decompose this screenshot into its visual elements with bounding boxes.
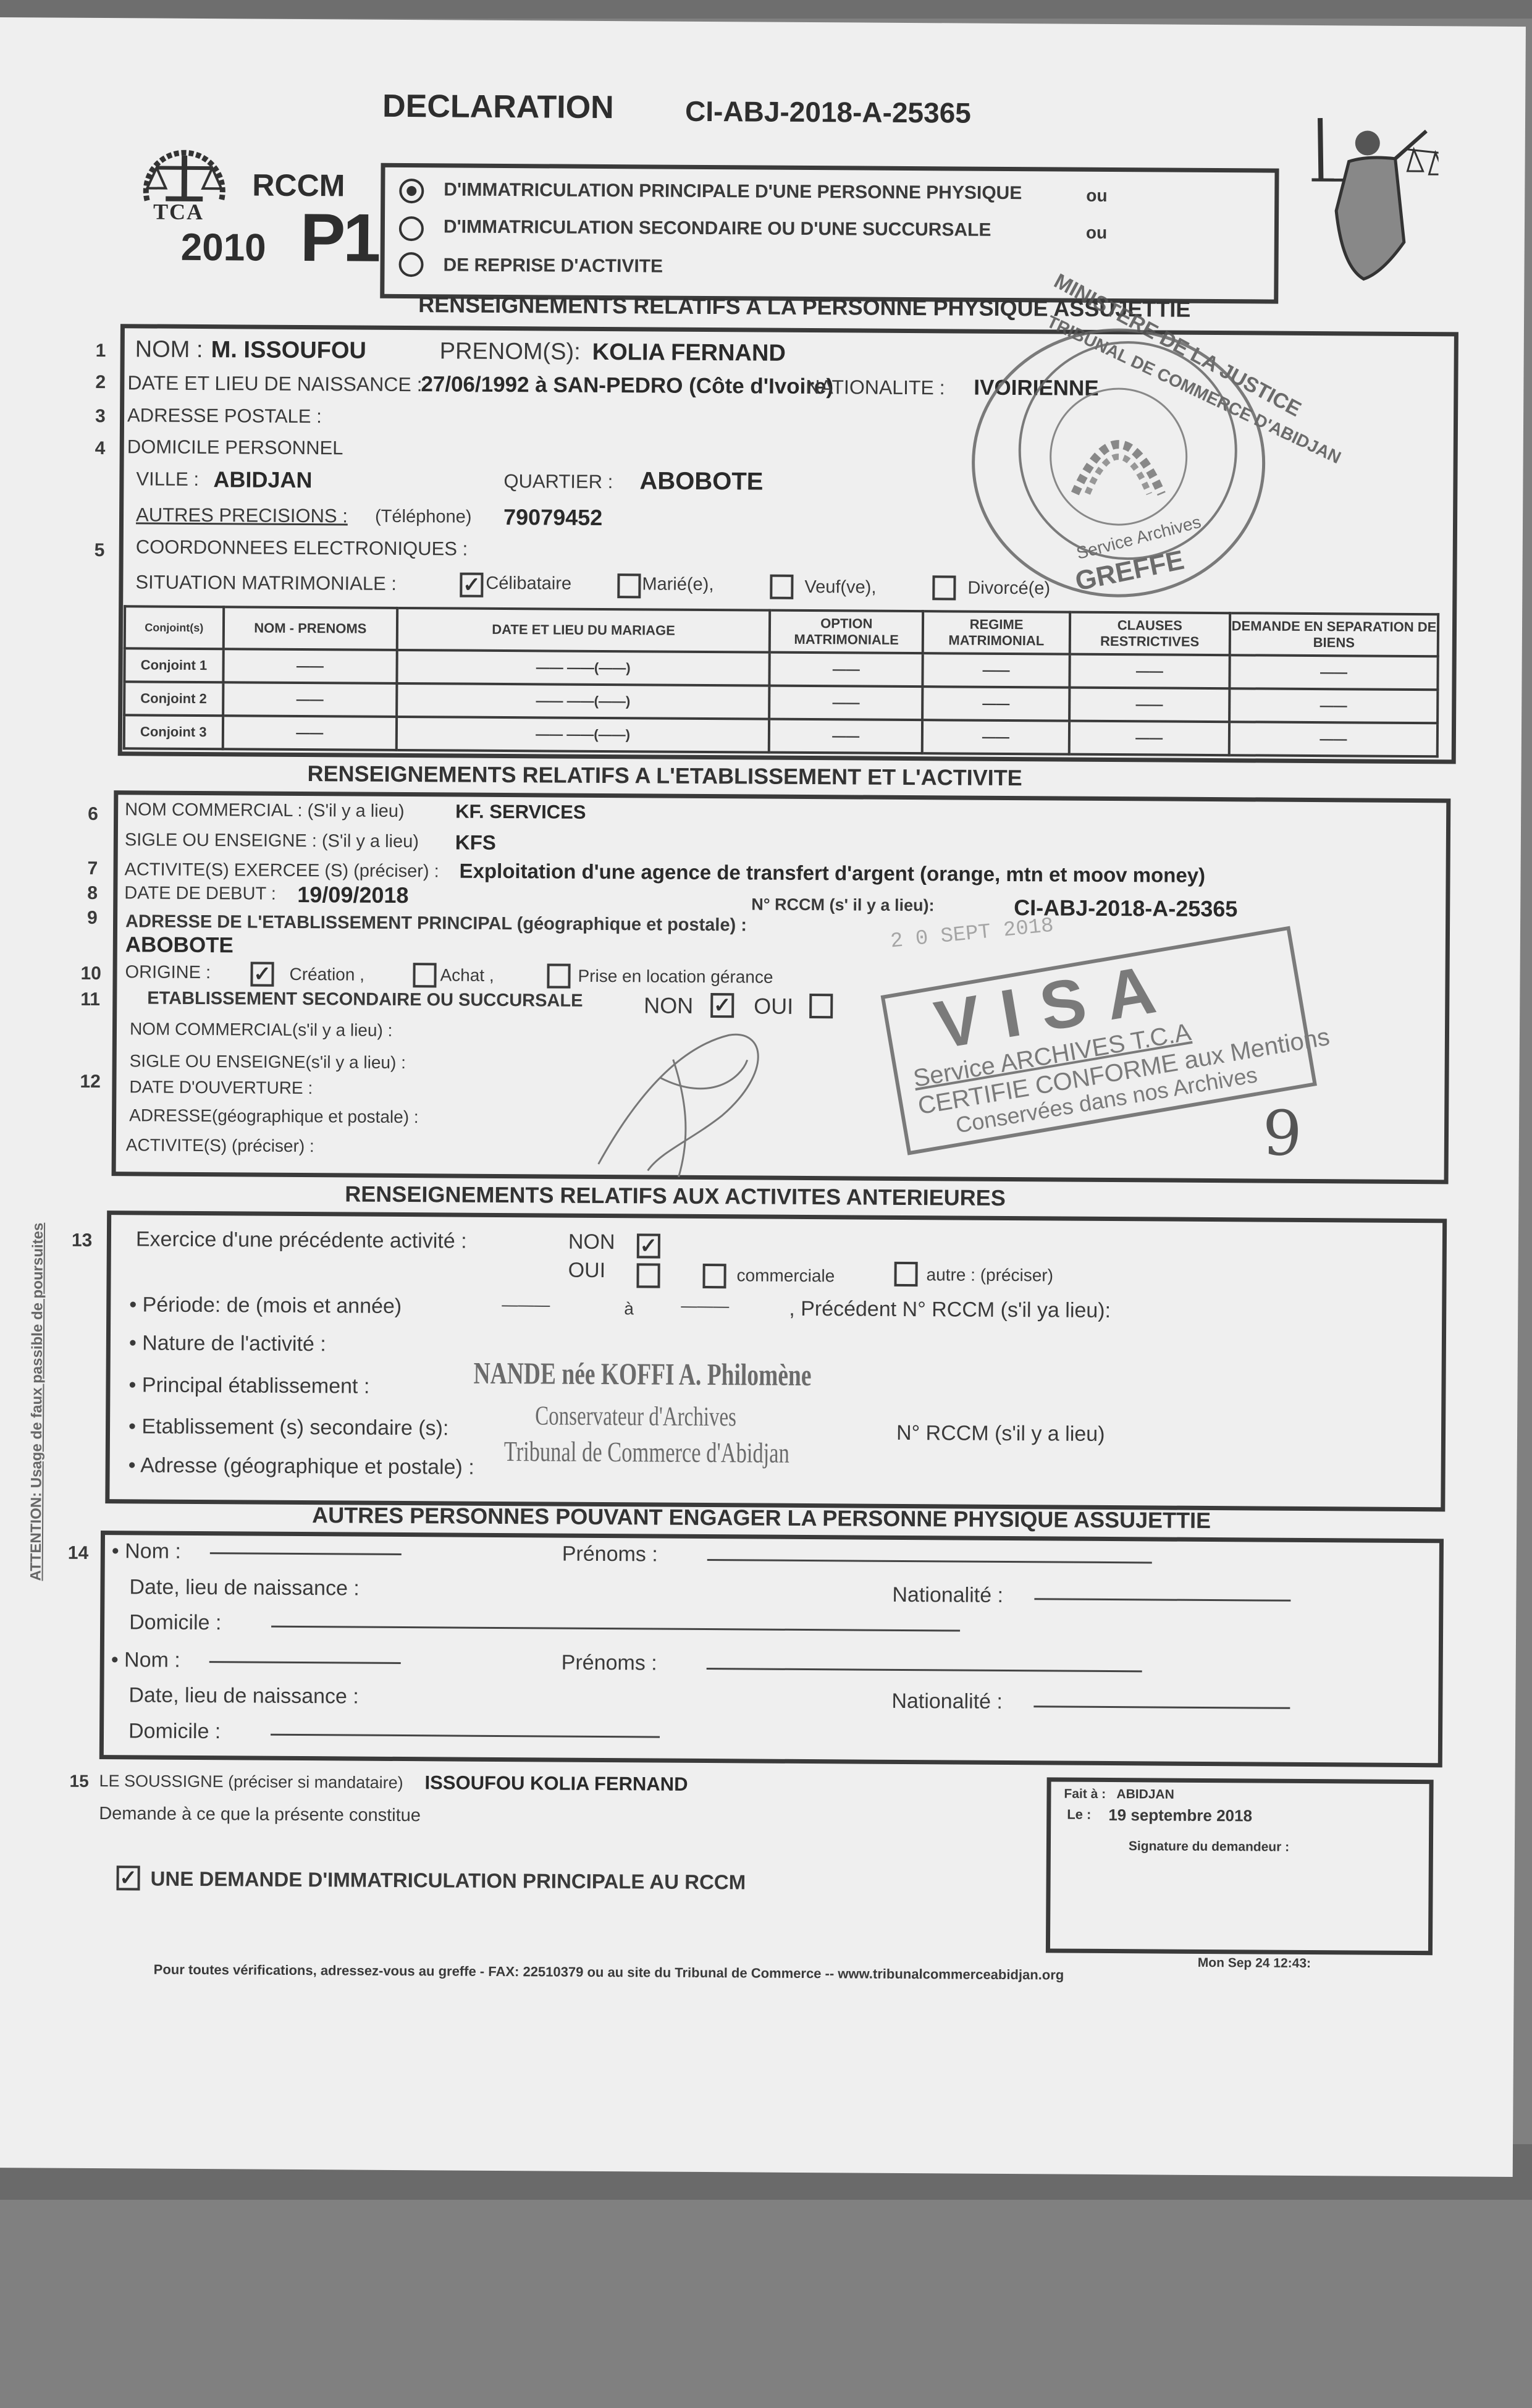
other-person: • Nom : Prénoms : Date, lieu de naissanc… [0,17,1526,27]
precedent-rccm-2-label: N° RCCM (s'il y a lieu) [896,1421,1105,1447]
margin-note: ATTENTION: Usage de faux passible de pou… [28,1223,48,1581]
lady-justice-icon [1302,112,1439,298]
radio-secondaire[interactable] [399,216,424,241]
precedent-rccm-label: , Précédent N° RCCM (s'il ya lieu): [789,1297,1111,1323]
row-label: Conjoint 2 [124,682,223,716]
row-number: 9 [87,908,98,929]
checkbox-autre[interactable] [894,1262,917,1286]
origine-option[interactable]: Prise en location gérance [0,17,1526,27]
domicile-label: Domicile : [128,1719,221,1744]
nom-label: NOM : [135,336,203,363]
naissance-value[interactable]: 27/06/1992 à SAN-PEDRO (Côte d'Ivoire) [421,372,833,399]
demande-text: UNE DEMANDE D'IMMATRICULATION PRINCIPALE… [150,1867,746,1895]
adresse-previous-label: • Adresse (géographique et postale) : [128,1453,474,1479]
lady-justice-illustration [1302,112,1439,301]
archivist-org: Tribunal de Commerce d'Abidjan [504,1435,819,1469]
conjoints-table: Conjoint(s) NOM - PRENOMS DATE ET LIEU D… [123,605,1439,758]
option-suffix: ou [1086,186,1107,206]
naissance-label: Date, lieu de naissance : [128,1683,359,1709]
signature-field[interactable] [1063,1862,1410,1932]
sigle-label: SIGLE OU ENSEIGNE : (S'il y a lieu) [125,830,419,852]
table-cell[interactable]: —— [222,716,397,750]
soussigne-number: 15 [69,1772,88,1791]
row-number: 3 [95,406,106,427]
quartier-value[interactable]: ABOBOTE [639,467,763,496]
adresse-etablissement-label: ADRESSE DE L'ETABLISSEMENT PRINCIPAL (gé… [125,911,747,936]
form-code: P1 [300,198,378,277]
checkbox-precedente-oui[interactable] [636,1263,660,1288]
row-number: 14 [68,1543,89,1564]
document-reference: CI-ABJ-2018-A-25365 [685,95,971,130]
row-number: 11 [80,989,100,1010]
checkbox-demande[interactable]: ✓ [116,1865,140,1890]
scan-top-edge [0,0,1532,19]
radio-reprise[interactable] [398,252,423,277]
document-page: ATTENTION: Usage de faux passible de pou… [0,17,1526,2177]
table-cell[interactable]: —— [1229,722,1437,756]
row-number: 4 [95,438,106,459]
radio-principale[interactable] [399,179,424,203]
periode-label: • Période: de (mois et année) [129,1293,402,1319]
option-label: D'IMMATRICULATION SECONDAIRE OU D'UNE SU… [444,216,991,240]
checkbox-precedente-non[interactable]: ✓ [637,1233,660,1258]
checkbox-achat[interactable] [413,963,436,987]
domicile-label: Domicile : [129,1610,221,1635]
le-label: Le : [1067,1807,1091,1823]
column-header: NOM - PRENOMS [223,607,397,650]
archivist-name: NANDE née KOFFI A. Philomène [473,1355,811,1393]
naissance-label: Date, lieu de naissance : [129,1575,360,1600]
checkbox-veuf[interactable] [770,575,793,599]
sec-nom-commercial-label: NOM COMMERCIAL(s'il y a lieu) : [130,1019,393,1041]
secondaire-label: • Etablissement (s) secondaire (s): [128,1414,449,1440]
nom-label: • Nom : [111,1648,180,1673]
nom-label: • Nom : [112,1539,181,1564]
section-heading-previous: RENSEIGNEMENTS RELATIFS AUX ACTIVITES AN… [345,1181,1006,1211]
nationalite-label: Nationalité : [891,1689,1003,1714]
row-number: 6 [88,804,98,825]
column-header: DEMANDE EN SEPARATION DE BIENS [1230,613,1438,656]
prenoms-value[interactable]: KOLIA FERNAND [592,339,786,367]
footer-text: Pour toutes vérifications, adressez-vous… [154,1962,1064,1983]
demande-label: Demande à ce que la présente constitue [99,1804,421,1826]
row-label: Conjoint 3 [124,715,223,749]
table-cell[interactable]: —— [770,653,924,687]
origine-option[interactable]: ✓ Création , [0,17,1526,27]
non-label: NON [568,1230,615,1254]
nationalite-label: Nationalité : [892,1583,1003,1608]
sec-sigle-label: SIGLE OU ENSEIGNE(s'il y a lieu) : [130,1051,406,1073]
activite-value[interactable]: Exploitation d'une agence de transfert d… [459,860,1205,887]
option-label: Célibataire [486,573,571,594]
periode-to[interactable]: ——— [681,1296,729,1316]
checkbox-marie[interactable] [617,573,641,598]
periode-from[interactable]: ——— [502,1295,550,1314]
option-label: Prise en location gérance [578,966,773,987]
other-person: • Nom : Prénoms : Date, lieu de naissanc… [0,17,1526,27]
autre-label: autre : (préciser) [926,1265,1053,1285]
checkbox-secondaire-oui[interactable] [809,994,833,1018]
checkbox-creation[interactable]: ✓ [250,962,274,987]
table-cell[interactable]: —— [223,649,397,683]
row-number: 13 [72,1230,93,1251]
option-suffix: ou [1086,223,1107,243]
table-row: Conjoint 3 —— —— ——(——) —— —— —— —— [124,715,1437,756]
row-label: Conjoint 1 [124,648,223,682]
autres-precisions-label: AUTRES PRECISIONS : [136,504,348,527]
situation-option[interactable]: Divorcé(e) [0,17,1526,27]
exercice-label: Exercice d'une précédente activité : [136,1227,467,1253]
quartier-label: QUARTIER : [503,470,613,493]
table-cell[interactable]: —— ——(——) [397,717,769,753]
others-section-box [99,1531,1444,1767]
rccm-label: N° RCCM (s' il y a lieu): [751,895,934,915]
column-header: Conjoint(s) [125,606,224,649]
print-timestamp: Mon Sep 24 12:43: [1198,1956,1311,1971]
periode-separator: à [624,1299,634,1319]
option-label: Marié(e), [642,574,713,595]
soussigne-value[interactable]: ISSOUFOU KOLIA FERNAND [424,1772,688,1796]
fait-a-value[interactable]: ABIDJAN [1116,1787,1174,1802]
table-cell[interactable]: —— [922,686,1069,720]
column-header: OPTION MATRIMONIALE [770,610,924,654]
table-cell[interactable]: —— [769,719,923,754]
secondaire-non-label: NON [644,992,693,1018]
sigle-value[interactable]: KFS [455,831,496,855]
table-cell[interactable]: —— [769,686,923,720]
origine-label: ORIGINE : [125,962,211,983]
nature-label: • Nature de l'activité : [129,1331,326,1356]
naissance-label: DATE ET LIEU DE NAISSANCE : [127,371,422,396]
checkbox-commerciale[interactable] [702,1264,726,1288]
handwritten-mark: 9 [1263,1097,1302,1170]
checkbox-divorce[interactable] [932,575,956,600]
sec-adresse-label: ADRESSE(géographique et postale) : [129,1105,419,1127]
soussigne-label: LE SOUSSIGNE (préciser si mandataire) [99,1772,403,1793]
row-number: 5 [95,540,105,561]
section-heading-others: AUTRES PERSONNES POUVANT ENGAGER LA PERS… [312,1502,1211,1534]
signature-label: Signature du demandeur : [1129,1839,1289,1855]
adresse-etablissement-value[interactable]: ABOBOTE [125,932,234,958]
sec-activite-label: ACTIVITE(S) (préciser) : [126,1135,314,1156]
form-year: 2010 [181,226,266,270]
archivist-stamp: NANDE née KOFFI A. Philomène Conservateu… [473,1355,924,1470]
declaration-type-option[interactable]: D'IMMATRICULATION PRINCIPALE D'UNE PERSO… [0,17,1526,27]
situation-option[interactable]: Veuf(ve), [0,17,1526,27]
option-label: DE REPRISE D'ACTIVITE [443,255,663,277]
situation-option[interactable]: ✓ Célibataire [0,17,1526,27]
table-cell[interactable]: —— ——(——) [397,650,770,686]
situation-label: SITUATION MATRIMONIALE : [135,571,397,595]
table-cell[interactable]: —— [1069,654,1230,689]
telephone-value[interactable]: 79079452 [503,504,602,531]
logo-text: TCA [153,199,204,226]
table-cell[interactable]: —— [922,720,1069,754]
ville-label: VILLE : [136,468,199,491]
row-number: 12 [80,1071,101,1092]
option-label: Création , [289,965,364,985]
nom-value[interactable]: M. ISSOUFOU [211,337,366,365]
table-cell[interactable]: —— [1229,688,1437,723]
date-debut-label: DATE DE DEBUT : [124,883,276,904]
activite-label: ACTIVITE(S) EXERCEE (S) (préciser) : [124,860,439,882]
section-heading-establishment: RENSEIGNEMENTS RELATIFS A L'ETABLISSEMEN… [307,761,1022,791]
table-cell[interactable]: —— [1069,721,1229,756]
table-cell[interactable]: —— [223,682,397,717]
row-number: 10 [80,963,101,984]
option-label: Achat , [440,965,494,986]
row-number: 2 [95,372,106,393]
table-cell[interactable]: —— [923,653,1070,687]
telephone-label: (Téléphone) [375,507,472,528]
archivist-title: Conservateur d'Archives [535,1400,827,1433]
checkbox-secondaire-non[interactable]: ✓ [710,993,734,1018]
checkbox-location-gerance[interactable] [547,963,570,988]
nationalite-label: NATIONALITE : [806,376,945,399]
declaration-type-option[interactable]: DE REPRISE D'ACTIVITE [0,17,1526,27]
ville-value[interactable]: ABIDJAN [213,467,312,493]
commerciale-label: commerciale [736,1265,835,1286]
oui-label: OUI [568,1259,606,1283]
option-label: Veuf(ve), [804,577,876,598]
checkbox-celibataire[interactable]: ✓ [460,573,483,598]
le-value[interactable]: 19 septembre 2018 [1108,1806,1252,1825]
coordonnees-label: COORDONNEES ELECTRONIQUES : [136,536,468,560]
prenoms-label: PRENOM(S): [440,338,581,365]
column-header: REGIME MATRIMONIAL [923,611,1070,654]
origine-option[interactable]: Achat , [0,17,1526,27]
table-cell[interactable]: —— [1229,655,1437,690]
row-number: 7 [87,858,98,879]
document-title: DECLARATION [382,88,614,126]
tca-logo: TCA [135,142,234,222]
prenoms-label: Prénoms : [562,1542,658,1567]
fait-a-label: Fait à : [1064,1787,1106,1802]
handwritten-signature [586,1022,785,1184]
date-debut-value[interactable]: 19/09/2018 [297,882,408,908]
table-cell[interactable]: —— [1069,688,1230,722]
round-seal-stamp: MINISTERE DE LA JUSTICE TRIBUNAL DE COMM… [963,308,1311,619]
row-number: 8 [87,883,98,904]
sec-date-label: DATE D'OUVERTURE : [129,1077,313,1098]
principal-label: • Principal établissement : [128,1373,369,1398]
etablissement-secondaire-label: ETABLISSEMENT SECONDAIRE OU SUCCURSALE [147,988,583,1011]
adresse-postale-label: ADRESSE POSTALE : [127,404,322,428]
domicile-label: DOMICILE PERSONNEL [127,436,343,459]
situation-option[interactable]: Marié(e), [0,17,1526,27]
row-number: 1 [96,340,106,361]
declaration-type-option[interactable]: D'IMMATRICULATION SECONDAIRE OU D'UNE SU… [0,17,1526,27]
column-header: CLAUSES RESTRICTIVES [1069,612,1230,656]
prenoms-label: Prénoms : [562,1651,657,1676]
option-label: D'IMMATRICULATION PRINCIPALE D'UNE PERSO… [444,179,1022,204]
nom-commercial-label: NOM COMMERCIAL : (S'il y a lieu) [125,800,405,822]
nom-commercial-value[interactable]: KF. SERVICES [455,801,586,824]
table-cell[interactable]: —— ——(——) [397,683,769,719]
column-header: DATE ET LIEU DU MARIAGE [397,608,770,653]
secondaire-oui-label: OUI [754,993,793,1019]
